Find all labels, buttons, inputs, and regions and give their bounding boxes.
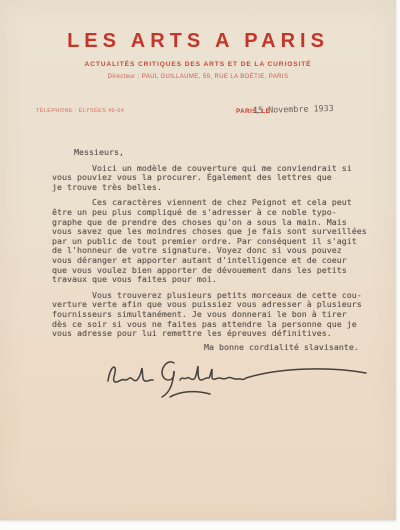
letter-subtitle: ACTUALITÉS CRITIQUES DES ARTS ET DE LA C…	[0, 61, 396, 68]
handwritten-signature	[98, 347, 370, 405]
typed-date: 15 Novembre 1933	[253, 103, 334, 115]
letter-title: LES ARTS A PARIS	[0, 30, 396, 53]
paragraph-2: Ces caractères viennent de chez Peignot …	[52, 198, 384, 284]
paragraph-1: Voici un modèle de couverture qui me con…	[52, 164, 384, 193]
paragraph-3: Vous trouverez plusieurs petits morceaux…	[52, 291, 384, 339]
scanned-letter-page: { "letterhead": { "title": "LES ARTS A P…	[0, 0, 400, 530]
salutation: Messieurs,	[74, 148, 384, 158]
director-line: Directeur : PAUL GUILLAUME, 59, RUE LA B…	[0, 74, 396, 80]
telephone-line: TÉLÉPHONE : ÉLYSÉES 49-64	[36, 108, 124, 114]
letter-body: Messieurs, Voici un modèle de couverture…	[52, 148, 384, 352]
